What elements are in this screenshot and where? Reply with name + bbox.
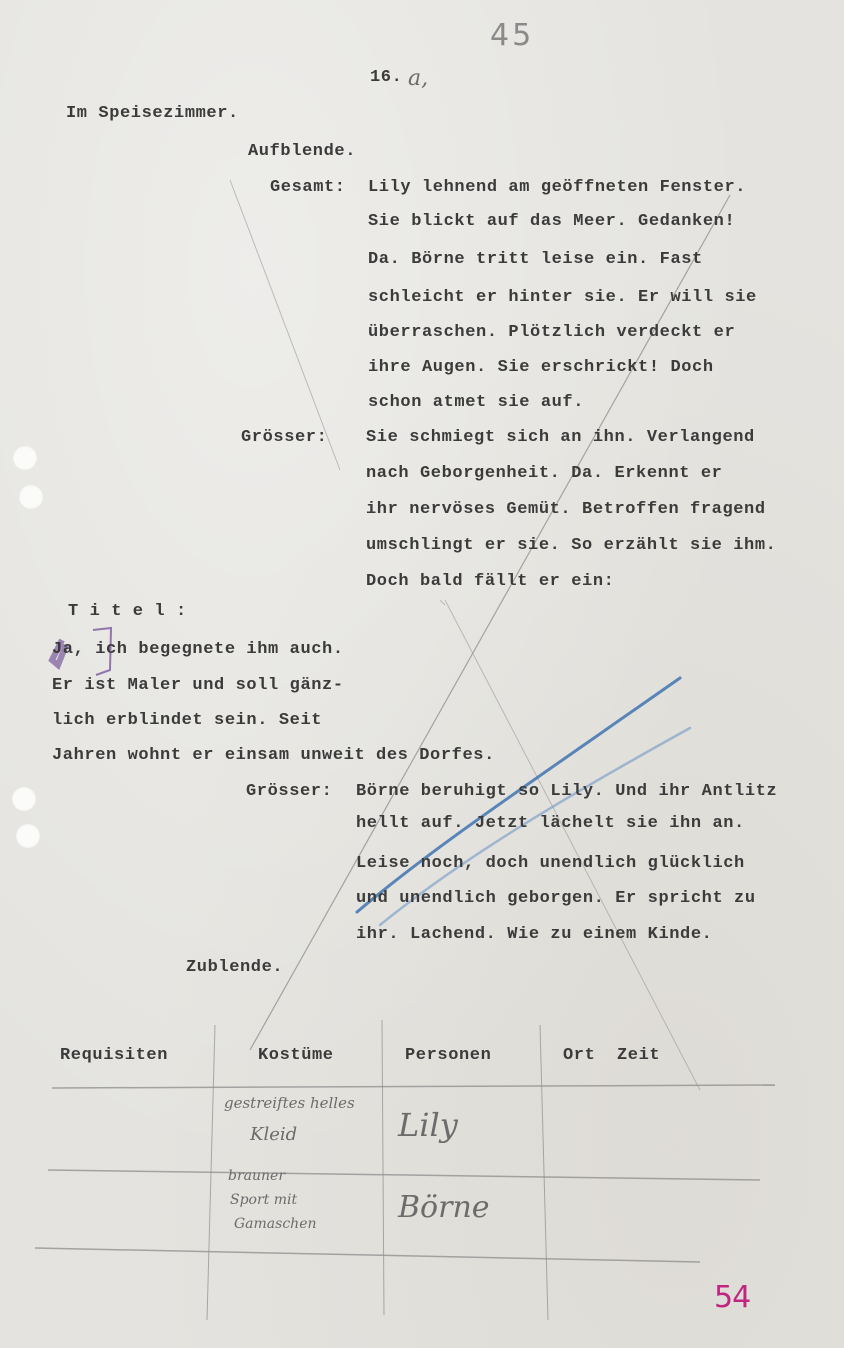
title-card-label: T i t e l : — [68, 602, 187, 621]
shot-line: Börne beruhigt so Lily. Und ihr Antlitz — [356, 782, 777, 801]
table-cell-kostueme: brauner — [228, 1168, 285, 1184]
shot-line: umschlingt er sie. So erzählt sie ihm. — [366, 536, 776, 555]
shot-line: hellt auf. Jetzt lächelt sie ihn an. — [356, 814, 745, 833]
shot-line: Sie schmiegt sich an ihn. Verlangend — [366, 428, 755, 447]
table-cell-personen: Börne — [398, 1190, 490, 1225]
shot-line: ihr. Lachend. Wie zu einem Kinde. — [356, 925, 712, 944]
shot-line: Sie blickt auf das Meer. Gedanken! — [368, 212, 735, 231]
pencil-page-number: 45 — [490, 18, 534, 53]
shot-line: Doch bald fällt er ein: — [366, 572, 614, 591]
red-page-number: 54 — [714, 1280, 750, 1315]
table-header-requisiten: Requisiten — [60, 1046, 168, 1065]
shot-line: Leise noch, doch unendlich glücklich — [356, 854, 745, 873]
shot-line: überraschen. Plötzlich verdeckt er — [368, 323, 735, 342]
location-heading: Im Speisezimmer. — [66, 104, 239, 123]
table-header-kostueme: Kostüme — [258, 1046, 334, 1065]
shot-line: ihr nervöses Gemüt. Betroffen fragend — [366, 500, 766, 519]
title-card-line: Er ist Maler und soll gänz- — [52, 676, 344, 695]
punch-hole — [19, 485, 43, 509]
table-cell-kostueme: Sport mit — [230, 1192, 297, 1208]
scene-number: 16. — [370, 68, 402, 87]
title-card-line: lich erblindet sein. Seit — [52, 711, 322, 730]
shot-line: Lily lehnend am geöffneten Fenster. — [368, 178, 746, 197]
shot-line: schleicht er hinter sie. Er will sie — [368, 288, 757, 307]
punch-hole — [13, 446, 37, 470]
fade-out: Zublende. — [186, 958, 283, 977]
table-cell-kostueme: Kleid — [250, 1124, 297, 1145]
shot-label: Gesamt: — [270, 178, 346, 197]
table-cell-kostueme: gestreiftes helles — [224, 1094, 355, 1112]
title-card-line: Ja, ich begegnete ihm auch. — [52, 640, 344, 659]
shot-line: Da. Börne tritt leise ein. Fast — [368, 250, 703, 269]
annotation-strokes — [0, 0, 844, 1348]
table-cell-personen: Lily — [398, 1106, 458, 1144]
table-header-personen: Personen — [405, 1046, 491, 1065]
table-header-ort-zeit: Ort Zeit — [563, 1046, 660, 1065]
pencil-sub-mark: a, — [408, 66, 428, 91]
shot-line: schon atmet sie auf. — [368, 393, 584, 412]
shot-label: Grösser: — [246, 782, 332, 801]
shot-label: Grösser: — [241, 428, 327, 447]
punch-hole — [16, 824, 40, 848]
shot-line: nach Geborgenheit. Da. Erkennt er — [366, 464, 722, 483]
shot-line: ihre Augen. Sie erschrickt! Doch — [368, 358, 714, 377]
fade-in: Aufblende. — [248, 142, 356, 161]
shot-line: und unendlich geborgen. Er spricht zu — [356, 889, 756, 908]
table-cell-kostueme: Gamaschen — [234, 1216, 317, 1232]
title-card-line: Jahren wohnt er einsam unweit des Dorfes… — [52, 746, 495, 765]
punch-hole — [12, 787, 36, 811]
